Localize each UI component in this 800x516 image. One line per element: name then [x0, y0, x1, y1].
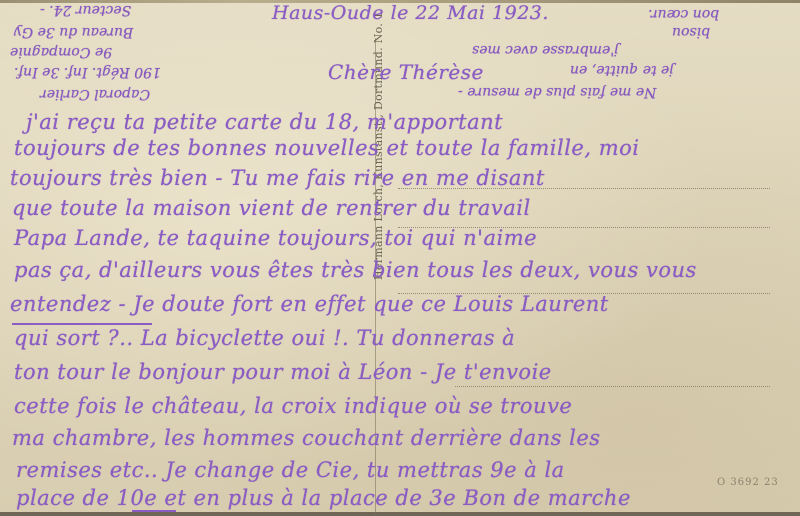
body-line-5: Papa Lande, te taquine toujours, toi qui… [14, 226, 537, 250]
body-line-6: pas ça, d'ailleurs vous êtes très bien t… [14, 258, 697, 282]
underline-10e [132, 510, 176, 512]
body-line-4: que toute la maison vient de rentrer du … [12, 196, 531, 220]
upside-note-left-line-4: 190 Régt. Inf. 3e Inf. [14, 64, 161, 80]
body-line-13: place de 10e et en plus à la place de 3e… [16, 486, 631, 510]
postcard-back: Hermann Lorch, Kunstanst., Dortmund. No.… [0, 0, 800, 516]
upside-note-right-line-2: bisou [672, 24, 710, 40]
upside-note-right-line-1: bon cœur. [648, 6, 719, 22]
upside-note-right-line-4: je te quitte, en [570, 62, 674, 78]
catalog-number: O 3692 23 [717, 477, 779, 488]
upside-note-right-line-5: Ne me fais plus de mesure - [458, 84, 656, 100]
body-line-9: ton tour le bonjour pour moi à Léon - Je… [14, 360, 552, 384]
body-line-10: cette fois le château, la croix indique … [14, 394, 572, 418]
body-line-11: ma chambre, les hommes couchant derrière… [12, 426, 601, 450]
underline-entendez [12, 323, 152, 325]
body-line-8: qui sort ?.. La bicyclette oui !. Tu don… [14, 326, 515, 350]
upside-note-left-line-3: 9e Compagnie [10, 44, 112, 60]
salutation: Chère Thérèse [328, 60, 484, 84]
upside-note-left-line-2: Bureau du 3e Gy [14, 24, 133, 40]
address-line-4 [455, 386, 770, 387]
upside-note-right-line-3: j'embrasse avec mes [472, 42, 618, 58]
body-line-7: entendez - Je doute fort en effet que ce… [10, 292, 609, 316]
body-line-12: remises etc.. Je change de Cie, tu mettr… [16, 458, 565, 482]
body-line-3: toujours très bien - Tu me fais rire en … [10, 166, 545, 190]
upside-note-left-line-1: Secteur 24. - [40, 2, 131, 18]
bottom-edge [0, 512, 800, 516]
body-line-2: toujours de tes bonnes nouvelles et tout… [14, 136, 639, 160]
upside-note-left-line-5: Caporal Carlier [40, 86, 150, 102]
place-and-date: Haus-Oude le 22 Mai 1923. [272, 2, 549, 24]
body-line-1: j'ai reçu ta petite carte du 18, m'appor… [26, 110, 503, 134]
